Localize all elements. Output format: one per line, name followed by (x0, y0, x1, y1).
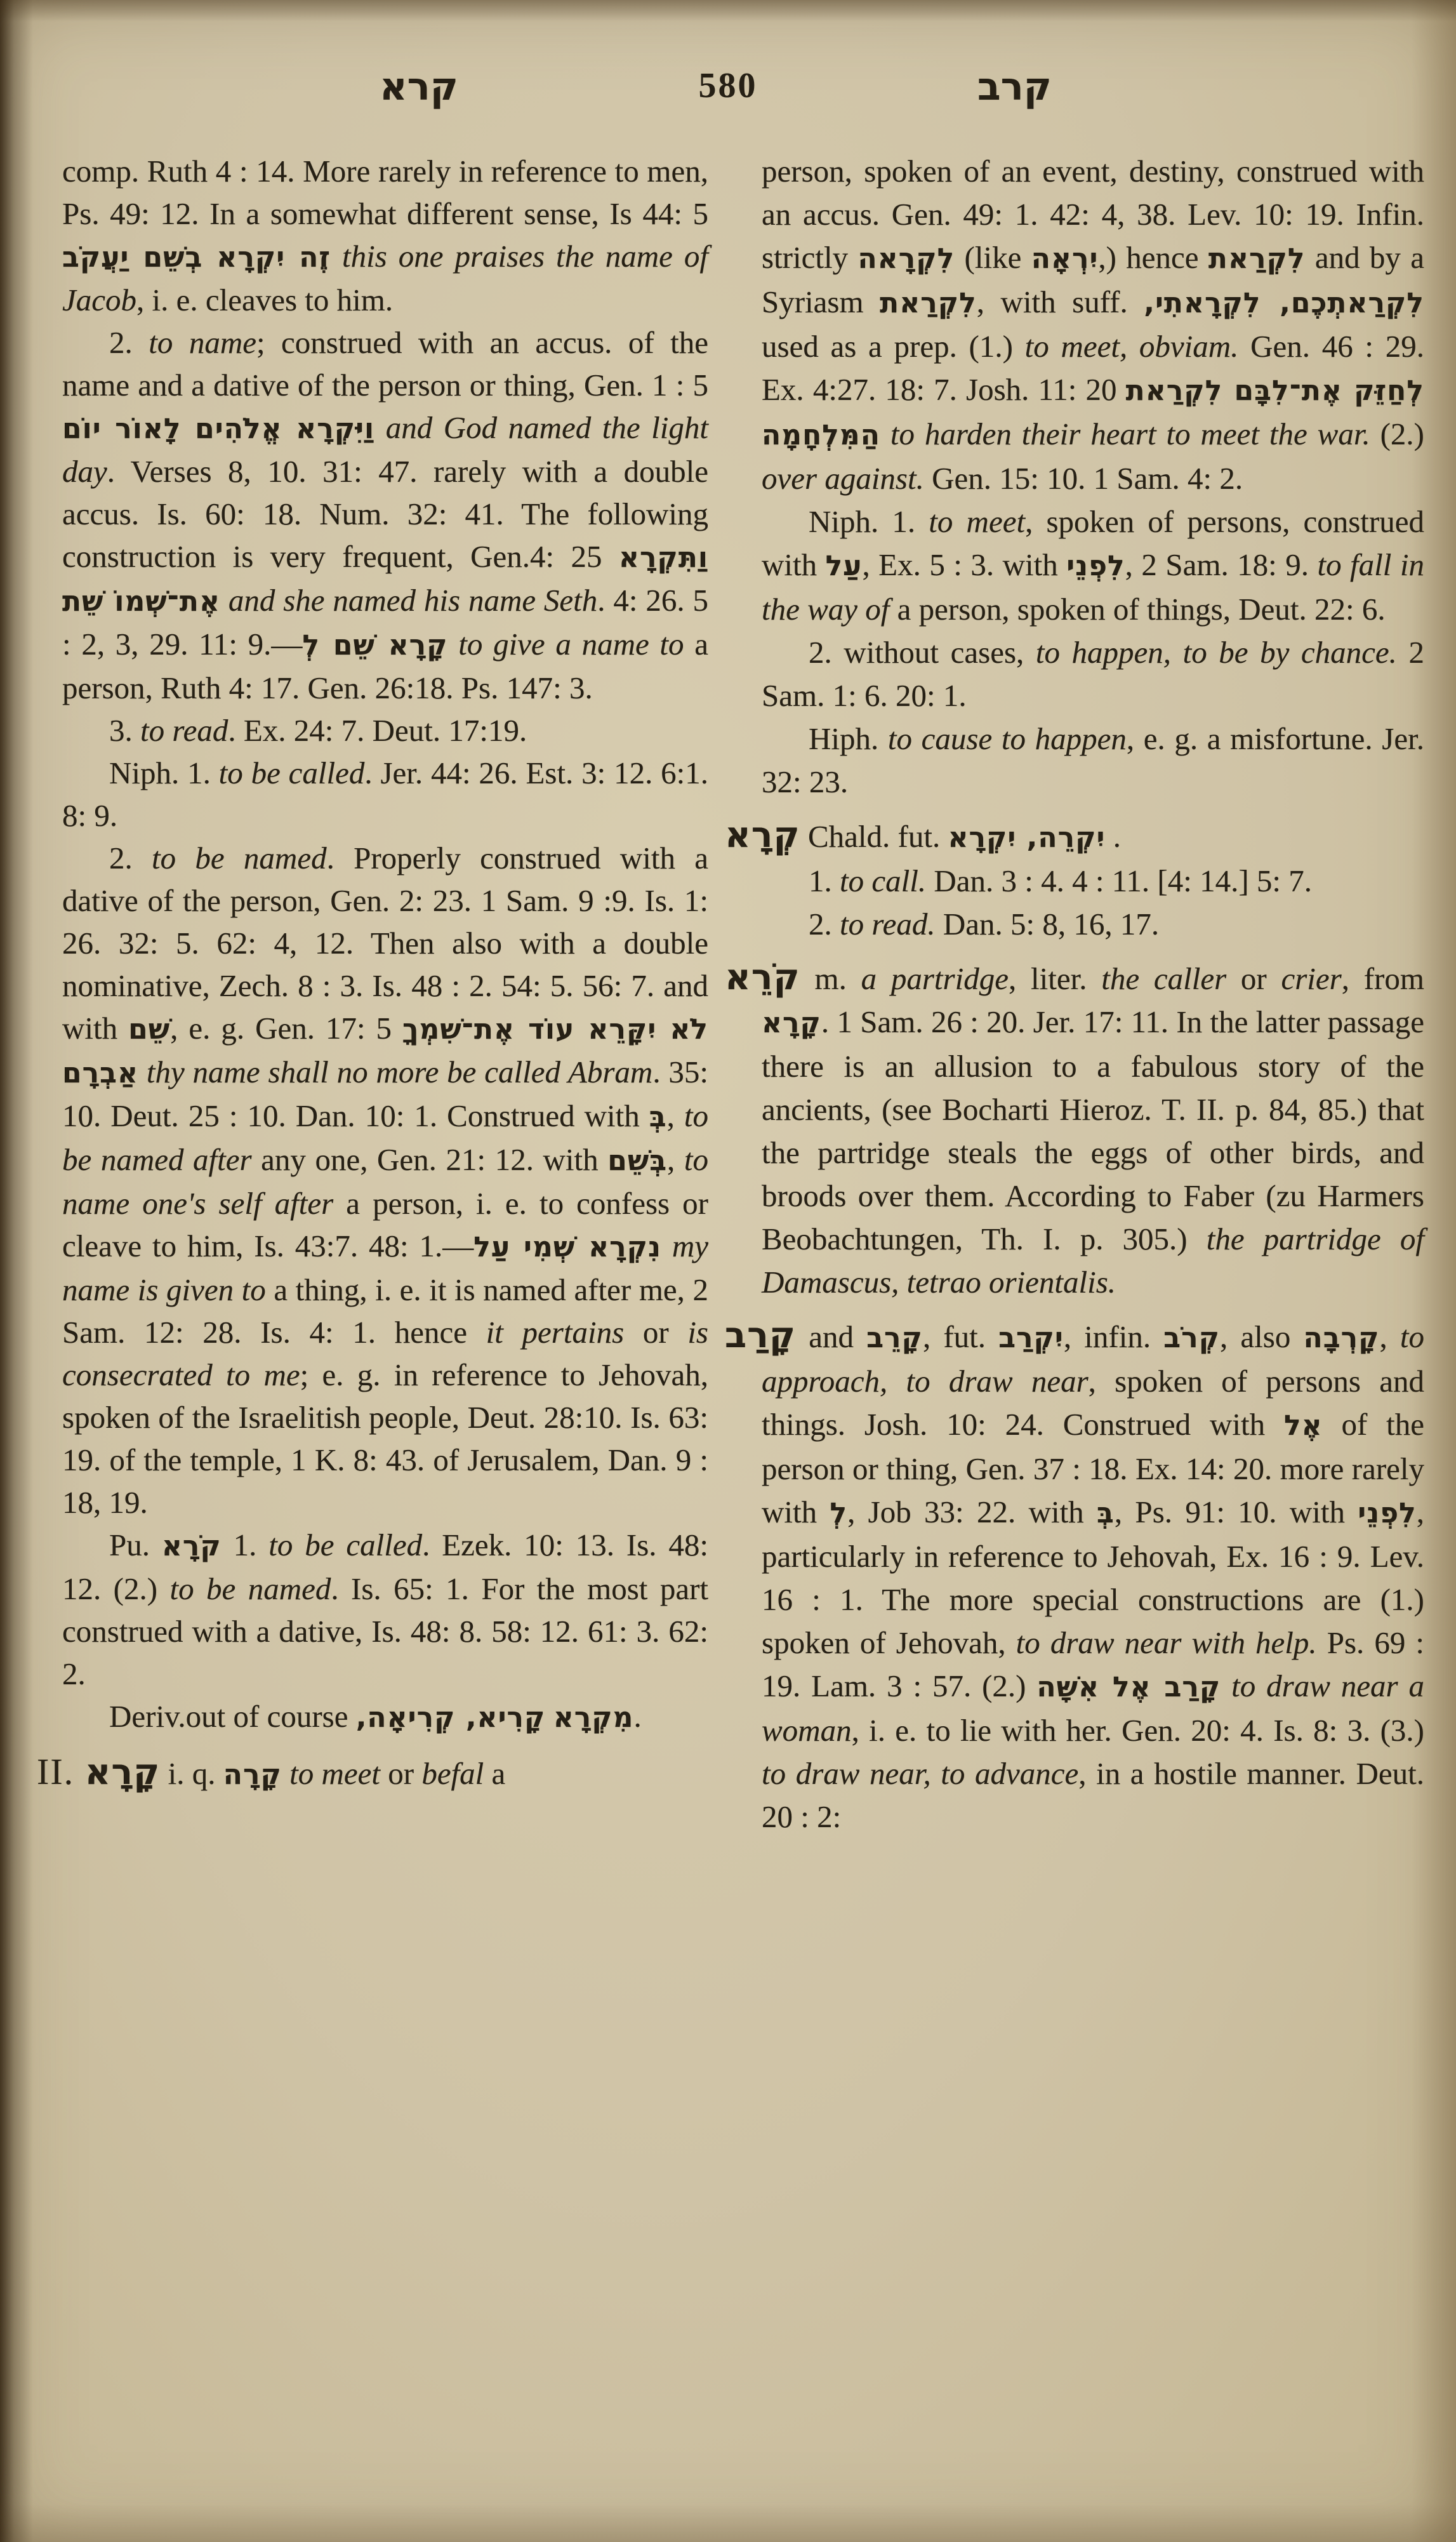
gloss-italic: to meet (929, 504, 1025, 539)
gloss-italic: to be called (268, 1527, 422, 1562)
body-text: , liter. (1009, 961, 1101, 996)
right-column: person, spoken of an event, destiny, con… (762, 150, 1424, 1839)
hebrew-inline: יִרְאָה (1031, 243, 1099, 275)
body-text: Chald. fut. (800, 819, 948, 854)
body-text: Niph. 1. (809, 504, 929, 539)
body-text (220, 583, 228, 618)
gloss-italic: to read. (840, 907, 936, 942)
gloss-italic: over against. (762, 461, 924, 496)
paragraph: 1. to call. Dan. 3 : 4. 4 : 11. [4: 14.]… (762, 860, 1424, 903)
body-text: or (380, 1756, 421, 1791)
gloss-italic: a partridge (861, 961, 1009, 996)
body-text: , i. e. to lie with her. Gen. 20: 4. Is.… (852, 1713, 1424, 1748)
gloss-italic: to meet (289, 1756, 380, 1791)
hebrew-inline: קָרְבָה (1304, 1322, 1380, 1354)
gloss-italic: to meet, obviam. (1025, 329, 1239, 364)
gloss-italic: to give a name to (458, 627, 684, 662)
gloss-italic: to draw near, to advance (762, 1756, 1078, 1791)
hebrew-inline: קָרֵב (866, 1322, 923, 1354)
body-text: . Verses 8, 10. 31: 47. rarely with a do… (62, 454, 708, 574)
body-text: Dan. 5: 8, 16, 17. (936, 907, 1160, 942)
paragraph: 2. to be named. Properly construed with … (62, 837, 708, 1524)
hebrew-inline: עַל (826, 550, 863, 582)
gloss-italic: the caller (1101, 961, 1226, 996)
paragraph: comp. Ruth 4 : 14. More rarely in refere… (62, 150, 708, 321)
body-text: 2. (109, 325, 149, 360)
hebrew-inline: יִקְרַב (998, 1322, 1064, 1354)
body-text (138, 1055, 147, 1089)
paragraph: קְרָא Chald. fut. יִקְרֵה, יִקְרָא . (762, 814, 1424, 860)
gloss-italic: to cause to happen (888, 721, 1127, 756)
body-text (331, 239, 342, 274)
body-text (661, 1228, 672, 1263)
body-text: i. q. (160, 1756, 223, 1791)
gloss-italic: to be named (152, 841, 327, 875)
paragraph: קֹרֵא m. a partridge, liter. the caller … (762, 956, 1424, 1304)
gloss-italic: thy name shall no more be called Abram (147, 1055, 652, 1089)
left-column: comp. Ruth 4 : 14. More rarely in refere… (62, 150, 708, 1796)
gloss-italic: to name (149, 325, 256, 360)
hebrew-inline: לִקְרַאתְכֶם, לִקְרָאתִי, (1144, 287, 1424, 319)
hebrew-inline: קֹרָא (162, 1530, 222, 1562)
body-text: 3. (109, 713, 140, 748)
hebrew-inline: אֶל (1284, 1409, 1323, 1442)
body-text (282, 1756, 289, 1791)
hebrew-inline: לִקְרַאת (880, 287, 977, 319)
hebrew-inline: לִפְנֵי (1066, 550, 1125, 582)
body-text: Pu. (109, 1527, 162, 1562)
gloss-italic: it pertains (486, 1315, 625, 1350)
body-text: or (624, 1315, 687, 1350)
body-text: , e. g. Gen. 17: 5 (170, 1011, 402, 1046)
hebrew-headword: קָרַב (725, 1315, 796, 1356)
paragraph: Niph. 1. to meet, spoken of persons, con… (762, 500, 1424, 631)
hebrew-inline: וַיִּקְרָא אֱלֹהִים לָאוֹר יוֹם (62, 413, 374, 445)
body-text (374, 410, 386, 445)
hebrew-inline: קָרִיא, קְרִיאָה, (356, 1701, 546, 1734)
paragraph: 3. to read. Ex. 24: 7. Deut. 17:19. (62, 709, 708, 752)
paragraph: 2. to name; construed with an accus. of … (62, 321, 708, 709)
entry-numeral: II. (37, 1751, 85, 1792)
body-text: a person, spoken of things, Deut. 22: 6. (889, 592, 1385, 627)
body-text: used as a prep. (1.) (762, 329, 1025, 364)
body-text: , infin. (1064, 1319, 1163, 1354)
body-text: 1. (222, 1527, 268, 1562)
paragraph: Hiph. to cause to happen, e. g. a misfor… (762, 717, 1424, 804)
body-text: any one, Gen. 21: 12. with (252, 1142, 608, 1177)
body-text: (like (955, 240, 1031, 275)
body-text: Dan. 3 : 4. 4 : 11. [4: 14.] 5: 7. (926, 863, 1312, 898)
gloss-italic: to call. (840, 863, 926, 898)
hebrew-headword: קֹרֵא (725, 957, 800, 998)
paragraph: Niph. 1. to be called. Jer. 44: 26. Est.… (62, 752, 708, 837)
body-text: Gen. 15: 10. 1 Sam. 4: 2. (924, 461, 1243, 496)
text-columns: comp. Ruth 4 : 14. More rarely in refere… (62, 150, 1424, 1839)
hebrew-inline: קָרָה (223, 1759, 282, 1791)
body-text: . Ex. 24: 7. Deut. 17:19. (228, 713, 527, 748)
page-number: 580 (0, 58, 1456, 113)
hebrew-inline: יִקְרֵה, יִקְרָא (948, 822, 1105, 854)
gloss-italic: to be called (219, 755, 365, 790)
hebrew-headword: קְרָא (725, 815, 800, 856)
body-text: a (484, 1756, 505, 1791)
body-text: and (796, 1319, 866, 1354)
gloss-italic: and she named his name Seth (228, 583, 597, 618)
paragraph: 2. without cases, to happen, to be by ch… (762, 631, 1424, 717)
body-text: Deriv.out of course (109, 1699, 356, 1734)
body-text: 2. (809, 907, 840, 942)
body-text: , i. e. cleaves to him. (136, 283, 393, 317)
body-text: , (667, 1142, 684, 1177)
body-text: , (1379, 1319, 1400, 1354)
body-text: , Ps. 91: 10. with (1115, 1494, 1358, 1529)
gloss-italic: to be named (170, 1571, 331, 1606)
body-text (880, 416, 890, 451)
body-text: , Job 33: 22. with (847, 1494, 1097, 1529)
body-text: , also (1220, 1319, 1304, 1354)
hebrew-inline: זֶה יִקְרָא בְשֵׁם יַעֲקֹב (62, 241, 331, 274)
page-header: קרא 580 קרב (0, 58, 1456, 116)
body-text: or (1226, 961, 1281, 996)
hebrew-inline: לְ (830, 1497, 847, 1529)
hebrew-inline: שֵׁם (128, 1013, 170, 1046)
hebrew-inline: מִקְרָא (553, 1701, 634, 1734)
paragraph: 2. to read. Dan. 5: 8, 16, 17. (762, 903, 1424, 946)
hebrew-inline: בְּ (1097, 1497, 1115, 1529)
body-text: (2.) (1370, 416, 1424, 451)
body-text: , fut. (923, 1319, 998, 1354)
body-text: Niph. 1. (109, 755, 219, 790)
lexicon-page-scan: קרא 580 קרב comp. Ruth 4 : 14. More rare… (0, 0, 1456, 2542)
body-text: Hiph. (809, 721, 888, 756)
hebrew-inline: לִפְנֵי (1358, 1497, 1416, 1529)
hebrew-inline: לִקְרָאה (857, 243, 955, 275)
hebrew-inline: בְּ (649, 1101, 667, 1133)
body-text: 1. (809, 863, 840, 898)
body-text: comp. Ruth 4 : 14. More rarely in refere… (62, 154, 708, 231)
body-text: , from (1342, 961, 1424, 996)
gloss-italic: to read (140, 713, 228, 748)
paragraph: Pu. קֹרָא 1. to be called. Ezek. 10: 13.… (62, 1524, 708, 1695)
gloss-italic: crier (1281, 961, 1341, 996)
body-text: . (1105, 819, 1121, 854)
body-text: m. (800, 961, 861, 996)
gloss-italic: to happen, to be by chance. (1036, 635, 1397, 670)
hebrew-inline: לִקְרַאת (1208, 243, 1306, 275)
body-text: , Ex. 5 : 3. with (862, 547, 1066, 582)
body-text (1221, 1668, 1231, 1703)
body-text: , (667, 1098, 684, 1133)
paragraph: קָרַב and קָרֵב, fut. יִקְרַב, infin. קְ… (762, 1314, 1424, 1839)
gloss-italic: befal (421, 1756, 484, 1791)
hebrew-inline: קָרַב אֶל אִשָּׁה (1036, 1671, 1221, 1703)
body-text: ,) hence (1098, 240, 1208, 275)
body-text (448, 627, 459, 662)
paragraph: Deriv.out of course קָרִיא, קְרִיאָה, מִ… (62, 1695, 708, 1739)
header-keyword-right: קרב (977, 58, 1052, 116)
hebrew-inline: קְרֹב (1163, 1322, 1220, 1354)
hebrew-headword: קָרָא (85, 1752, 161, 1793)
body-text: 2. without cases, (809, 635, 1036, 670)
gloss-italic: to draw near with help. (1016, 1625, 1317, 1660)
paragraph: II. קָרָא i. q. קָרָה to meet or befal a (62, 1750, 708, 1796)
paragraph: person, spoken of an event, destiny, con… (762, 150, 1424, 500)
body-text (545, 1699, 553, 1734)
hebrew-inline: בְּשֵׁם (607, 1145, 667, 1177)
body-text: , 2 Sam. 18: 9. (1125, 547, 1318, 582)
hebrew-inline: נִקְרָא שְׁמִי עַל (473, 1231, 661, 1263)
body-text: . 1 Sam. 26 : 20. Jer. 17: 11. In the la… (762, 1004, 1424, 1256)
gloss-italic: to harden their heart to meet the war. (890, 416, 1370, 451)
hebrew-inline: קָרָא שֵׁם לְ (302, 629, 447, 662)
body-text: . (633, 1699, 641, 1734)
body-text: , with suff. (977, 284, 1144, 319)
body-text: 2. (109, 841, 152, 875)
hebrew-inline: קָרָא (762, 1007, 821, 1039)
